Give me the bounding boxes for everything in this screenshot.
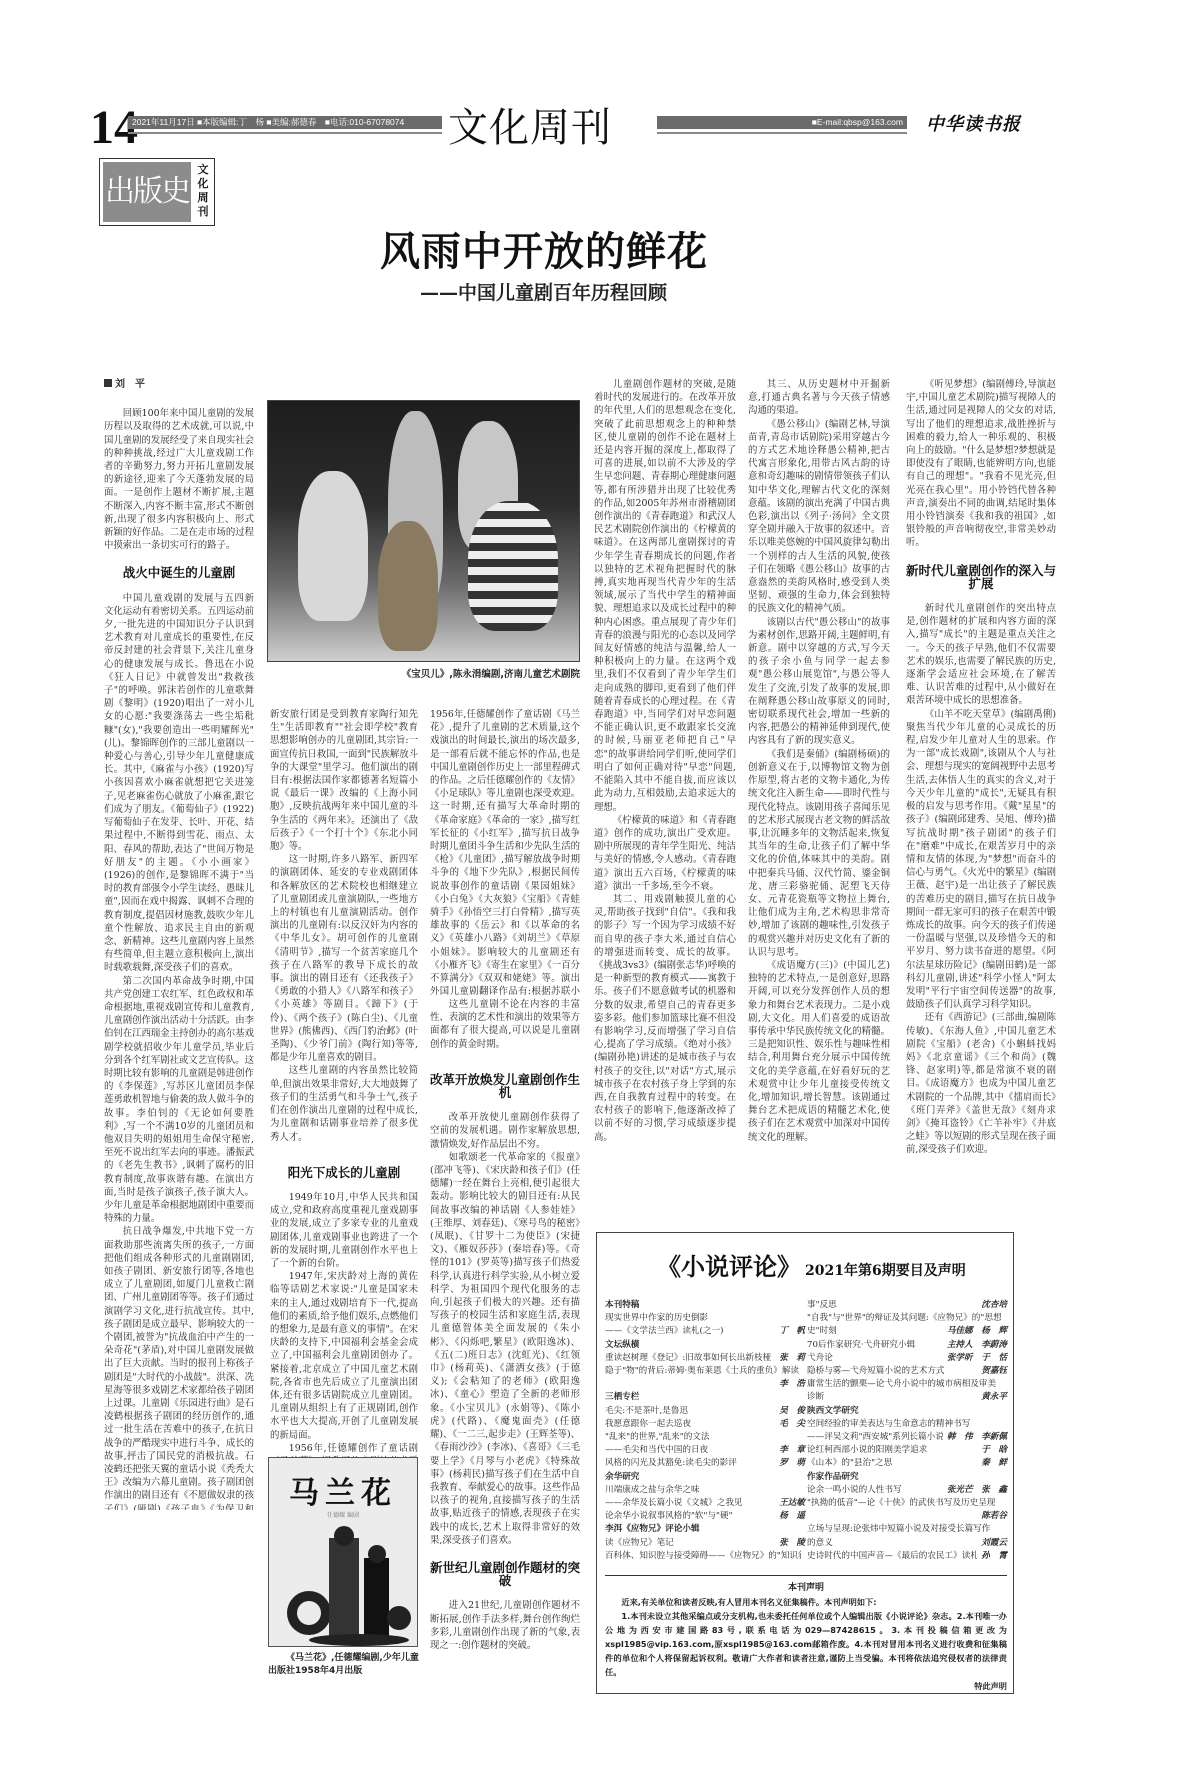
toc-entry: "自我"与"世界"的辩证及其问题:《应物兄》的"思想 xyxy=(807,1312,1007,1325)
toc-entry-title: ——余华及长篇小说《文城》之我见 xyxy=(605,1497,743,1510)
toc-entry-title: 70后作家研究·弋舟研究小辑 xyxy=(807,1339,915,1352)
toc-entry: 百科体、知识腔与接受障碍——《应物兄》的"知识叙 xyxy=(605,1550,805,1563)
paragraph: 《我们是秦俑》(编剧杨硕)的创新意义在于,以博物馆文物为创作原型,将古老的文物卡… xyxy=(748,748,890,959)
section-heading: 阳光下成长的儿童剧 xyxy=(270,1166,418,1179)
paragraph: 《柠檬黄的味道》和《青春跑道》创作的成功,演出广受欢迎。剧中所展现的青年学生阳光… xyxy=(594,814,736,893)
toc-entry-title: 现实世界中作家的历史倒影 xyxy=(605,1312,708,1325)
masthead: 14 2021年11月17日 ■本版编辑:丁 杨 ■美编:郝德春 ■电话:010… xyxy=(90,104,1090,154)
notice-statement: 本刊声明 近来,有关单位和读者反映,有人冒用本刊名义征集稿件。本刊声明如下: 1… xyxy=(605,1581,1007,1693)
magazine-name: 《小说评论》 xyxy=(657,1252,801,1281)
toc-entry: 史诗时代的中国声音—《最后的农民工》读札孙 霄 xyxy=(807,1550,1007,1563)
paragraph: 进入21世纪,儿童剧创作题材不断拓展,创作手法多样,舞台创作绚烂多彩,儿童剧创作… xyxy=(430,1599,580,1652)
article-headline: 风雨中开放的鲜花 xyxy=(380,228,708,276)
divider xyxy=(128,132,442,134)
toc-entry: 我愿意跟你一起去巡夜毛 尖 xyxy=(605,1418,805,1431)
toc-entry-author: 张 陵 xyxy=(779,1537,805,1550)
toc-entry-title: 的意义 xyxy=(807,1537,833,1550)
paragraph: 新时代儿童剧创作的突出特点是,创作题材的扩展和内容方面的深入,描写"成长"的主题… xyxy=(906,602,1056,708)
paragraph: 1949年10月,中华人民共和国成立,党和政府高度重视儿童戏剧事业的发展,成立了… xyxy=(270,1191,418,1270)
toc-entry-title: 李洱《应物兄》评论小辑 xyxy=(605,1523,700,1536)
toc-entry-title: 重读赵树理《登记》:旧故事如何长出新枝桠 xyxy=(605,1352,771,1365)
toc-entry: 《山本》的"县治"之思秦 鲜 xyxy=(807,1457,1007,1470)
article-column-3: 1956年,任德耀创作了童话剧《马兰花》,提升了儿童剧的艺术质量,这个戏演出的时… xyxy=(430,708,580,1652)
toc-entry-title: 作家作品研究 xyxy=(807,1471,859,1484)
paper-cut-illustration xyxy=(269,1518,418,1647)
toc-entry-title: 事"反思 xyxy=(807,1299,837,1312)
section-heading: 改革开放焕发儿童剧创作生机 xyxy=(430,1073,580,1099)
toc-entry-title: 空间经验的审美表达与生命意志的精神书写 xyxy=(807,1418,970,1431)
toc-entry: 史"时刻马佳娜 杨 辉 xyxy=(807,1325,1007,1338)
paragraph: 1956年,任德耀创作了童话剧《马兰花》,提升了儿童剧的艺术质量,这个戏演出的时… xyxy=(430,708,580,998)
toc-entry: 立场与呈现:论张炜中短篇小说及对接受长篇写作 xyxy=(807,1523,1007,1536)
paragraph: 如歌颂老一代革命家的《报童》(邵冲飞等)、《宋庆龄和孩子们》(任德耀)一经在舞台… xyxy=(430,1151,580,1547)
toc-section-heading: 余华研究 xyxy=(605,1471,805,1484)
paragraph: 《山羊不吃天堂草》(编剧禹俐)聚焦当代少年儿童的心灵成长的历程,启发少年儿童对人… xyxy=(906,708,1056,1012)
book-cover-photo: 马兰花 任德耀 编剧 xyxy=(268,1457,418,1647)
article-column-4: 儿童剧创作题材的突破,是随着时代的发展进行的。在改革开放的年代里,人们的思想观念… xyxy=(594,378,736,1203)
column-logo-main: 出版史 xyxy=(103,162,191,222)
paragraph: 新安旅行团是受到教育家陶行知先生"生活即教育""社会即学校"教育思想影响创办的儿… xyxy=(270,708,418,853)
toc-entry-title: 立场与呈现:论张炜中短篇小说及对接受长篇写作 xyxy=(807,1523,990,1536)
toc-section-heading: 本刊特稿 xyxy=(605,1299,805,1312)
stage-photo xyxy=(267,400,580,662)
toc-entry: ——评吴文莉"西安城"系列长篇小说韩 伟 李新佩 xyxy=(807,1431,1007,1444)
toc-entry-title: 弋舟论 xyxy=(807,1352,833,1365)
table-of-contents-left: 本刊特稿现实世界中作家的历史倒影——《文学法兰西》读札(之一)丁 帆文坛纵横重读… xyxy=(605,1299,805,1563)
section-title: 文化周刊 xyxy=(448,104,612,152)
toc-entry-author: 沈杏培 xyxy=(981,1299,1007,1312)
toc-entry-title: "乱来"的世界,"乱来"的文法 xyxy=(605,1431,709,1444)
intro-paragraph: 回顾100年来中国儿童剧的发展历程以及取得的艺术成就,可以说,中国儿童剧的发展经… xyxy=(104,407,254,552)
toc-section-heading: 李洱《应物兄》评论小辑 xyxy=(605,1523,805,1536)
toc-entry-title: ——毛尖和当代中国的日夜 xyxy=(605,1444,708,1457)
toc-entry-title: 百科体、知识腔与接受障碍——《应物兄》的"知识叙 xyxy=(605,1550,801,1563)
toc-entry-title: 论余华小说叙事风格的"软"与"硬" xyxy=(605,1510,733,1523)
toc-entry-title: 毛尖:不是茶叶,是鲁迅 xyxy=(605,1405,688,1418)
paragraph: 这些儿童剧的内容虽然比较简单,但演出效果非常好,大大地鼓舞了孩子们的生活勇气和斗… xyxy=(270,1064,418,1143)
toc-section-heading: 作家作品研究 xyxy=(807,1471,1007,1484)
toc-entry: 论红柯西部小说的阳刚美学追求于 晗 xyxy=(807,1444,1007,1457)
toc-entry-author: 刘霞云 xyxy=(981,1537,1007,1550)
paragraph: 该剧以古代"愚公移山"的故事为素材创作,思路开阔,主题鲜明,有新意。剧中以穿越的… xyxy=(748,616,890,748)
toc-entry-title: 史"时刻 xyxy=(807,1325,837,1338)
toc-entry-title: 文坛纵横 xyxy=(605,1339,639,1352)
toc-entry-title: 风格的闪光及其豁免:读毛尖的影评 xyxy=(605,1457,737,1470)
toc-entry-title: 我愿意跟你一起去巡夜 xyxy=(605,1418,691,1431)
email-bar: ■E-mail:qbsp@163.com xyxy=(657,116,907,129)
toc-entry-author: 罗 萌 xyxy=(779,1457,805,1470)
toc-entry: 川端康成之盐与余华之味 xyxy=(605,1484,805,1497)
toc-entry-author: 张光芒 张 鑫 xyxy=(947,1484,1007,1497)
toc-entry: 李 浩 xyxy=(605,1378,805,1391)
toc-entry-author: 韩 伟 李新佩 xyxy=(947,1431,1007,1444)
toc-entry: "执拗的低音"—论《十侠》的武侠书写及历史呈现 xyxy=(807,1497,1007,1510)
toc-entry-author: 张 莉 xyxy=(779,1352,805,1365)
toc-entry: ——余华及长篇小说《文城》之我见王达敏 xyxy=(605,1497,805,1510)
toc-entry-author: 张学昕 于 恬 xyxy=(947,1352,1007,1365)
article-column-6: 《听见梦想》(编剧傅玲,导演赵宇,中国儿童艺术剧院)描写视障人的生活,通过同是视… xyxy=(906,378,1056,1203)
toc-entry-title: 论余一鸣小说的人性书写 xyxy=(807,1484,902,1497)
toc-entry-title: ——《文学法兰西》读札(之一) xyxy=(605,1325,723,1338)
paragraph: 其三、从历史题材中开掘新意,打通古典名著与今天孩子情感沟通的渠道。 xyxy=(748,378,890,418)
paragraph: 1947年,宋庆龄对上海的黄佐临等话剧艺术家说:"儿童是国家未来的主人,通过戏剧… xyxy=(270,1270,418,1442)
book-cover-title: 马兰花 xyxy=(269,1468,417,1512)
article-column-5: 其三、从历史题材中开掘新意,打通古典名著与今天孩子情感沟通的渠道。 《愚公移山》… xyxy=(748,378,890,1203)
paragraph: 第二次国内革命战争时期,中国共产党创建工农红军、红色政权和革命根据地,重视戏剧宣… xyxy=(104,975,254,1226)
toc-entry: 重读赵树理《登记》:旧故事如何长出新枝桠张 莉 xyxy=(605,1352,805,1365)
paragraph: 中国儿童戏剧的发展与五四新文化运动有着密切关系。五四运动前夕,一批先进的中国知识… xyxy=(104,592,254,975)
toc-entry: ——《文学法兰西》读札(之一)丁 帆 xyxy=(605,1325,805,1338)
divider xyxy=(657,132,907,134)
toc-entry-title: 庸常生活的颤栗—论弋舟小说中的城市病相及审美 xyxy=(807,1378,996,1391)
paragraph: 《听见梦想》(编剧傅玲,导演赵宇,中国儿童艺术剧院)描写视障人的生活,通过同是视… xyxy=(906,378,1056,550)
performer-figure xyxy=(298,471,368,621)
toc-entry: 的意义刘霞云 xyxy=(807,1537,1007,1550)
toc-entry: 空间经验的审美表达与生命意志的精神书写 xyxy=(807,1418,1007,1431)
issue-title: 2021年第6期要目及声明 xyxy=(805,1263,966,1279)
notice-signature: 特此声明 xyxy=(605,1679,1007,1693)
toc-entry: 隐桥与雾—弋舟短篇小说的艺术方式贺嘉钰 xyxy=(807,1365,1007,1378)
novel-review-announcement-box: 《小说评论》2021年第6期要目及声明 本刊特稿现实世界中作家的历史倒影——《文… xyxy=(596,1232,1014,1694)
toc-entry-title: 《山本》的"县治"之思 xyxy=(807,1457,892,1470)
divider xyxy=(605,1575,1007,1576)
column-logo: 出版史 文化周刊 xyxy=(99,158,215,226)
toc-entry: "乱来"的世界,"乱来"的文法 xyxy=(605,1431,805,1444)
photo-caption: 《宝贝儿》,陈永涓编剧,济南儿童艺术剧院 xyxy=(267,666,580,680)
toc-entry: 论余一鸣小说的人性书写张光芒 张 鑫 xyxy=(807,1484,1007,1497)
toc-section-heading: 三栖专栏 xyxy=(605,1391,805,1404)
toc-entry-title: 读《应物兄》笔记 xyxy=(605,1537,674,1550)
toc-entry-author: 陈若谷 xyxy=(981,1510,1007,1523)
toc-entry: 论余华小说叙事风格的"软"与"硬"杨 遥 xyxy=(605,1510,805,1523)
article-column-1: 刘 平 回顾100年来中国儿童剧的发展历程以及取得的艺术成就,可以说,中国儿童剧… xyxy=(104,378,254,1510)
notice-paragraph: 1.本刊未设立其他采编点或分支机构,也未委托任何单位或个人编辑出版《小说评论》杂… xyxy=(605,1609,1007,1679)
paragraph: 改革开放使儿童剧创作获得了空前的发展机遇。剧作家解放思想,激情焕发,好作品层出不… xyxy=(430,1111,580,1151)
section-heading: 新世纪儿童剧创作题材的突破 xyxy=(430,1561,580,1587)
toc-entry: 70后作家研究·弋舟研究小辑主持人 李蔚涛 xyxy=(807,1339,1007,1352)
table-of-contents-right: 事"反思沈杏培"自我"与"世界"的辩证及其问题:《应物兄》的"思想史"时刻马佳娜… xyxy=(807,1299,1007,1563)
toc-entry-title: 余华研究 xyxy=(605,1471,639,1484)
toc-entry-author: 杨 遥 xyxy=(779,1510,805,1523)
toc-entry-author: 于 晗 xyxy=(981,1444,1007,1457)
toc-entry-title: 本刊特稿 xyxy=(605,1299,639,1312)
toc-entry: 弋舟论张学昕 于 恬 xyxy=(807,1352,1007,1365)
toc-entry-title: 三栖专栏 xyxy=(605,1391,639,1404)
article-subhead: ——中国儿童剧百年历程回顾 xyxy=(420,281,667,305)
paragraph: 其二、用戏剧触摸儿童的心灵,帮助孩子找到"自信"。《我和我的影子》写一个因为学习… xyxy=(594,893,736,1144)
toc-section-heading: 陕西文学研究 xyxy=(807,1405,1007,1418)
paragraph: 这些儿童剧不论在内容的丰富性、表演的艺术性和演出的效果等方面都有了很大提高,可以… xyxy=(430,998,580,1051)
article-column-2: 新安旅行团是受到教育家陶行知先生"生活即教育""社会即学校"教育思想影响创办的儿… xyxy=(270,708,418,1468)
toc-section-heading: 文坛纵横 xyxy=(605,1339,805,1352)
toc-entry-author: 王达敏 xyxy=(779,1497,805,1510)
toc-entry-author: 贺嘉钰 xyxy=(981,1365,1007,1378)
byline: 刘 平 xyxy=(104,378,254,391)
paragraph: 抗日战争爆发,中共地下党一方面救助那些流离失所的孩子,一方面把他们组成各种形式的… xyxy=(104,1225,254,1510)
toc-entry-title: 诊断 xyxy=(807,1391,824,1404)
section-heading: 战火中诞生的儿童剧 xyxy=(104,566,254,579)
photo-caption: 《马兰花》,任德耀编剧,少年儿童出版社1958年4月出版 xyxy=(268,1652,420,1678)
toc-entry-author: 孙 霄 xyxy=(981,1550,1007,1563)
toc-entry: 现实世界中作家的历史倒影 xyxy=(605,1312,805,1325)
toc-entry-title: 史诗时代的中国声音—《最后的农民工》读札 xyxy=(807,1550,977,1563)
toc-entry-title: 川端康成之盐与余华之味 xyxy=(605,1484,700,1497)
toc-entry-author: 黄永平 xyxy=(981,1391,1007,1404)
toc-entry-author: 李 浩 xyxy=(779,1378,805,1391)
notice-paragraph: 近来,有关单位和读者反映,有人冒用本刊名义征集稿件。本刊声明如下: xyxy=(605,1595,1007,1609)
toc-entry: 隐于"物"的背后:蒂姆·奥布莱恩《士兵的重负》解读 xyxy=(605,1365,805,1378)
section-heading: 新时代儿童剧创作的深入与扩展 xyxy=(906,564,1056,590)
toc-entry-title: 陕西文学研究 xyxy=(807,1405,859,1418)
toc-entry-title: ——评吴文莉"西安城"系列长篇小说 xyxy=(807,1431,943,1444)
toc-entry-author: 毛 尖 xyxy=(779,1418,805,1431)
bullet-square-icon xyxy=(104,379,112,387)
toc-entry: 诊断黄永平 xyxy=(807,1391,1007,1404)
column-logo-sub: 文化周刊 xyxy=(194,163,212,219)
announcement-title: 《小说评论》2021年第6期要目及声明 xyxy=(657,1247,966,1282)
paragraph: 《愚公移山》(编剧艺林,导演苗青,青岛市话剧院)采用穿越古今的方式艺术地诠释愚公… xyxy=(748,418,890,616)
toc-entry-author: 秦 鲜 xyxy=(981,1457,1007,1470)
paragraph: 还有《西游记》(三部曲,编剧陈传敏)、《东海人鱼》,中国儿童艺术剧院《宝船》(老… xyxy=(906,1011,1056,1156)
toc-entry-title: "执拗的低音"—论《十侠》的武侠书写及历史呈现 xyxy=(807,1497,995,1510)
toc-entry-author: 丁 帆 xyxy=(779,1325,805,1338)
toc-entry-title: 隐于"物"的背后:蒂姆·奥布莱恩《士兵的重负》解读 xyxy=(605,1365,799,1378)
lion-costume-figure xyxy=(378,521,438,651)
toc-entry: ——毛尖和当代中国的日夜李 章 xyxy=(605,1444,805,1457)
newspaper-logo: 中华读书报 xyxy=(926,110,1021,136)
edition-info-bar: 2021年11月17日 ■本版编辑:丁 杨 ■美编:郝德春 ■电话:010-67… xyxy=(128,116,442,129)
notice-title: 本刊声明 xyxy=(605,1581,1007,1595)
toc-entry-author: 马佳娜 杨 辉 xyxy=(947,1325,1007,1338)
paragraph: 儿童剧创作题材的突破,是随着时代的发展进行的。在改革开放的年代里,人们的思想观念… xyxy=(594,378,736,814)
toc-entry: 风格的闪光及其豁免:读毛尖的影评罗 萌 xyxy=(605,1457,805,1470)
toc-entry: 庸常生活的颤栗—论弋舟小说中的城市病相及审美 xyxy=(807,1378,1007,1391)
performer-figure xyxy=(468,501,558,631)
paragraph: 这一时期,许多八路军、新四军的演剧团体、延安的专业戏剧团体和各解放区的艺术院校也… xyxy=(270,853,418,1064)
toc-entry: 读《应物兄》笔记张 陵 xyxy=(605,1537,805,1550)
toc-entry-author: 李 章 xyxy=(779,1444,805,1457)
paragraph: 《成语魔方(三)》(中国儿艺)独特的艺术特点,一是创意好,思路开阔,可以充分发挥… xyxy=(748,959,890,1144)
toc-entry: 事"反思沈杏培 xyxy=(807,1299,1007,1312)
toc-entry-title: 论红柯西部小说的阳刚美学追求 xyxy=(807,1444,927,1457)
toc-entry-author: 主持人 李蔚涛 xyxy=(947,1339,1007,1352)
toc-entry-author: 吴 俊 xyxy=(779,1405,805,1418)
toc-entry-title: "自我"与"世界"的辩证及其问题:《应物兄》的"思想 xyxy=(807,1312,1002,1325)
toc-entry: 陈若谷 xyxy=(807,1510,1007,1523)
toc-entry-title: 隐桥与雾—弋舟短篇小说的艺术方式 xyxy=(807,1365,945,1378)
toc-entry: 毛尖:不是茶叶,是鲁迅吴 俊 xyxy=(605,1405,805,1418)
